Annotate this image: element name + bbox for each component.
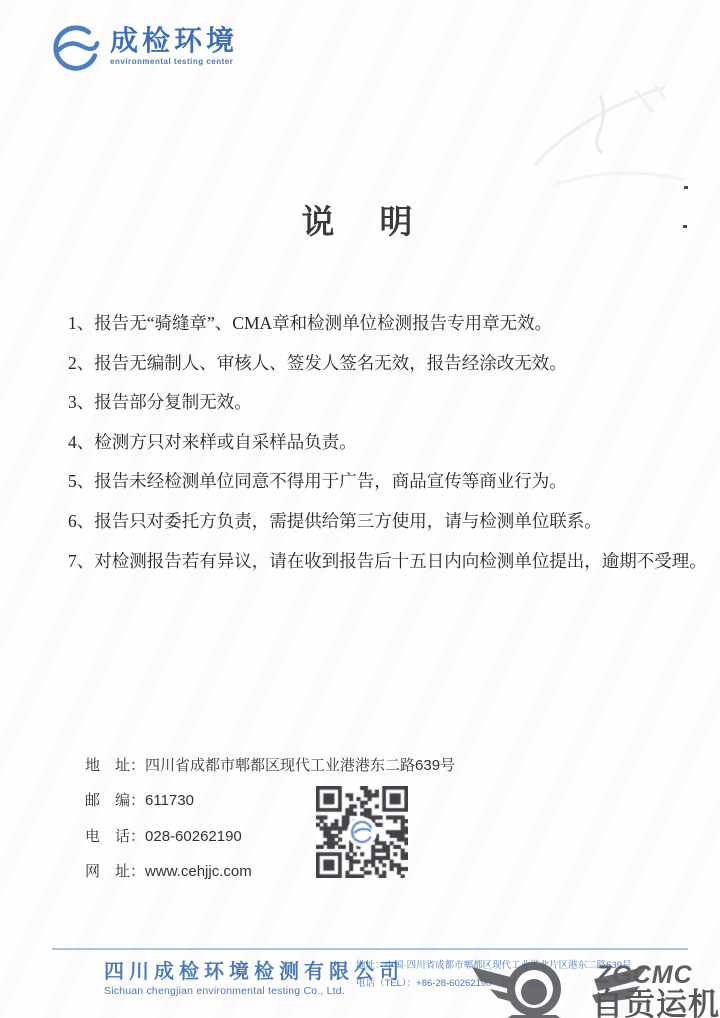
zgcmc-text-cn: 自贡运机 <box>592 987 720 1018</box>
footer-tel: 电话（TEL）：+86-28-60262190 邮编：611730 <box>356 975 596 993</box>
notes-list: 1、报告无“骑缝章”、CMA章和检测单位检测报告专用章无效。2、报告无编制人、审… <box>68 304 710 581</box>
contact-label: 电 话： <box>85 828 145 845</box>
note-item: 6、报告只对委托方负责，需提供给第三方使用，请与检测单位联系。 <box>68 502 710 542</box>
logo-e-icon <box>50 22 104 76</box>
contact-row: 地 址：四川省成都市郫都区现代工业港港东二路639号 <box>85 748 455 783</box>
footer-contact: 地址：中国·四川省成都市郫都区现代工业港北片区港东二路639号 电话（TEL）：… <box>356 957 596 992</box>
footer-address: 地址：中国·四川省成都市郫都区现代工业港北片区港东二路639号 <box>356 957 596 975</box>
logo-text: 成检环境 environmental testing center <box>110 22 238 66</box>
company-logo: 成检环境 environmental testing center <box>50 22 238 76</box>
page-title: 说 明 <box>0 196 720 243</box>
contact-label: 地 址： <box>85 757 145 774</box>
contact-label: 邮 编： <box>85 792 145 809</box>
contact-value: 611730 <box>145 792 194 809</box>
logo-cn-text: 成检环境 <box>110 26 238 56</box>
contact-value: 四川省成都市郫都区现代工业港港东二路639号 <box>145 757 455 774</box>
qr-code <box>316 786 408 878</box>
note-item: 3、报告部分复制无效。 <box>68 383 710 423</box>
document-page: 成检环境 environmental testing center 说 明 1、… <box>0 0 720 1018</box>
qr-code-block <box>316 786 408 884</box>
scan-speck <box>684 186 688 189</box>
contact-label: 网 址： <box>85 863 145 880</box>
note-item: 1、报告无“骑缝章”、CMA章和检测单位检测报告专用章无效。 <box>68 304 710 344</box>
note-item: 7、对检测报告若有异议，请在收到报告后十五日内向检测单位提出，逾期不受理。 <box>68 542 710 582</box>
footer-divider <box>52 948 688 950</box>
note-item: 5、报告未经检测单位同意不得用于广告，商品宣传等商业行为。 <box>68 462 710 502</box>
note-item: 4、检测方只对来样或自采样品负责。 <box>68 423 710 463</box>
note-item: 2、报告无编制人、审核人、签发人签名无效，报告经涂改无效。 <box>68 344 710 384</box>
contact-value: www.cehjjc.com <box>145 863 252 880</box>
logo-en-text: environmental testing center <box>110 57 238 66</box>
contact-value: 028-60262190 <box>145 828 242 845</box>
